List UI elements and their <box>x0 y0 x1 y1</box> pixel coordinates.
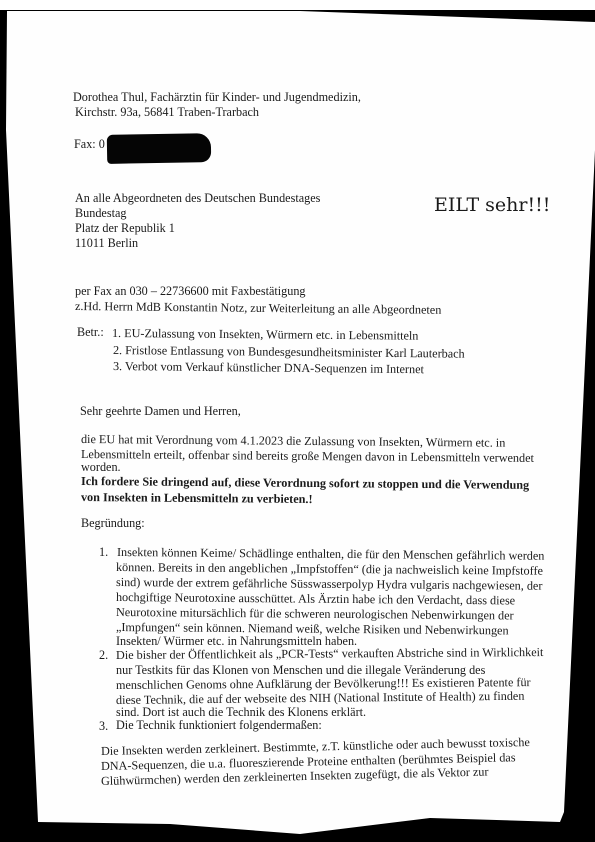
subject-label: Betr.: <box>77 325 104 339</box>
salutation: Sehr geehrte Damen und Herren, <box>80 404 241 418</box>
subject-item-3: 3. Verbot vom Verkauf künstlicher DNA-Se… <box>113 359 424 376</box>
reason-3-line: Die Technik funktioniert folgendermaßen: <box>116 718 322 732</box>
reason-heading: Begründung: <box>81 516 145 530</box>
delivery-line-2: z.Hd. Herrn MdB Konstantin Notz, zur Wei… <box>75 299 441 317</box>
subject-item-1: 1. EU-Zulassung von Insekten, Würmern et… <box>112 326 419 343</box>
delivery-line-1: per Fax an 030 – 22736600 mit Faxbestäti… <box>75 284 306 298</box>
reason-2-number: 2. <box>99 648 108 662</box>
sender-name-line: Dorothea Thul, Fachärztin für Kinder- un… <box>73 90 361 104</box>
reason-2-line: sind. Dort ist auch die Technik des Klon… <box>116 705 366 719</box>
redaction-block <box>107 133 211 164</box>
recipient-line-3: Platz der Republik 1 <box>75 221 175 235</box>
reason-2-line: Die bisher der Öffentlichkeit als „PCR-T… <box>116 645 543 662</box>
sender-fax: Fax: 0 <box>74 137 105 151</box>
intro-line-3: worden. <box>81 460 121 474</box>
demand-line-2: von Insekten in Lebensmitteln zu verbiet… <box>81 490 313 506</box>
intro-line-2: Lebensmitteln erteilt, offenbar sind ber… <box>81 447 534 465</box>
reason-3-number: 3. <box>99 719 108 733</box>
recipient-line-2: Bundestag <box>75 206 126 220</box>
urgent-notice: EILT sehr!!! <box>434 194 550 216</box>
reason-1-number: 1. <box>99 545 108 559</box>
sender-address-line: Kirchstr. 93a, 56841 Traben-Trarbach <box>75 105 259 119</box>
fax-letter-page: Dorothea Thul, Fachärztin für Kinder- un… <box>0 0 595 842</box>
subject-item-2: 2. Fristlose Entlassung von Bundesgesund… <box>113 343 465 361</box>
recipient-line-4: 11011 Berlin <box>75 236 138 250</box>
recipient-line-1: An alle Abgeordneten des Deutschen Bunde… <box>75 191 320 205</box>
scan-top-margin <box>0 0 595 10</box>
demand-line-1: Ich fordere Sie dringend auf, diese Vero… <box>81 474 529 492</box>
